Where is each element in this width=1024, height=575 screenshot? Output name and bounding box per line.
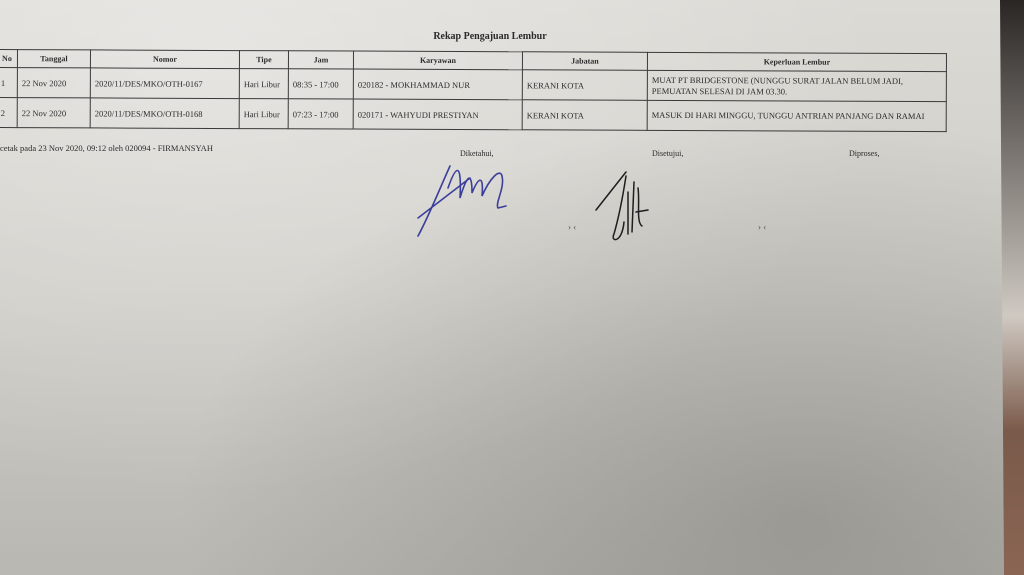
cell-tipe: Hari Libur (239, 69, 288, 99)
document-title: Rekap Pengajuan Lembur (380, 31, 600, 42)
cell-jabatan: KERANI KOTA (522, 100, 647, 131)
cell-jabatan: KERANI KOTA (522, 70, 647, 101)
cell-nomor: 2020/11/DES/MKO/OTH-0167 (90, 68, 239, 99)
cell-jam: 07:23 - 17:00 (288, 99, 353, 129)
overtime-table: No Tanggal Nomor Tipe Jam Karyawan Jabat… (0, 49, 947, 132)
cell-no: 1 (0, 68, 17, 98)
col-header-no: No (0, 50, 17, 68)
cell-tanggal: 22 Nov 2020 (17, 68, 90, 98)
cell-tanggal: 22 Nov 2020 (17, 98, 90, 128)
cell-jam: 08:35 - 17:00 (288, 69, 353, 99)
col-header-tipe: Tipe (239, 51, 288, 69)
col-header-jabatan: Jabatan (522, 52, 647, 71)
cell-keperluan: MUAT PT BRIDGESTONE (NUNGGU SURAT JALAN … (647, 70, 946, 101)
table-row: 2 22 Nov 2020 2020/11/DES/MKO/OTH-0168 H… (0, 98, 946, 132)
col-header-tanggal: Tanggal (17, 50, 90, 68)
printed-note: cetak pada 23 Nov 2020, 09:12 oleh 02009… (0, 143, 213, 153)
col-header-keperluan: Keperluan Lembur (647, 52, 946, 71)
cell-keperluan: MASUK DI HARI MINGGU, TUNGGU ANTRIAN PAN… (647, 100, 946, 131)
cell-tipe: Hari Libur (239, 99, 288, 129)
document-page: Rekap Pengajuan Lembur No Tanggal Nomor … (0, 0, 1004, 575)
col-header-nomor: Nomor (90, 50, 239, 69)
signature-approved (592, 162, 662, 247)
approved-by-label: Disetujui, (652, 149, 683, 158)
cell-karyawan: 020182 - MOKHAMMAD NUR (353, 69, 522, 100)
col-header-karyawan: Karyawan (353, 51, 522, 70)
print-mark: › ‹ (568, 222, 576, 232)
signature-known (410, 148, 520, 243)
processed-by-label: Diproses, (849, 149, 879, 158)
cell-no: 2 (0, 98, 17, 128)
print-mark: › ‹ (758, 222, 766, 232)
col-header-jam: Jam (288, 51, 353, 69)
table-row: 1 22 Nov 2020 2020/11/DES/MKO/OTH-0167 H… (0, 68, 946, 102)
cell-nomor: 2020/11/DES/MKO/OTH-0168 (90, 98, 239, 129)
cell-karyawan: 020171 - WAHYUDI PRESTIYAN (353, 99, 522, 130)
